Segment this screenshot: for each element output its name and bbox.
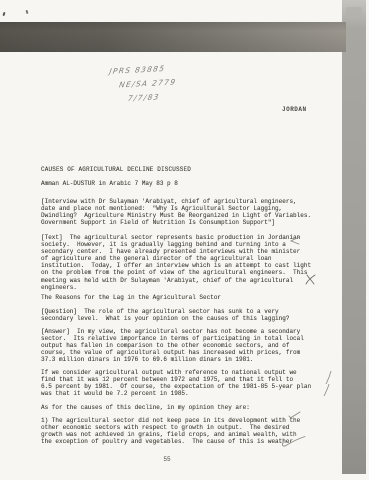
country-label: JORDAN (282, 106, 307, 113)
pencil-slash-mark-icon (323, 384, 330, 396)
pencil-caret-mark-icon (289, 236, 301, 246)
text-line: [Question] The role of the agricultural … (41, 308, 331, 315)
section-subheading: The Reasons for the Lag in the Agricultu… (41, 294, 331, 301)
paper-speck (2, 12, 5, 16)
text-line: date and place not mentioned: "Why Is Ag… (41, 205, 331, 212)
scanned-page: JPRS 83885 NE/SA 2779 7/7/83 JORDAN CAUS… (0, 0, 369, 480)
text-line: If we consider agricultural output with … (41, 369, 331, 376)
text-line: on the problem from the point of view of… (41, 269, 331, 276)
text-line: sector. Its relative importance in terms… (41, 335, 331, 342)
text-line: was that it would be 7.2 percent in 1985… (41, 390, 331, 397)
text-line: output has fallen in comparison to the o… (41, 342, 331, 349)
pencil-swoosh-check-mark-icon (281, 435, 306, 448)
paper-speck (26, 10, 28, 14)
text-paragraph: [Text] The agricultural sector represent… (41, 234, 331, 291)
corner-smudge (346, 7, 362, 16)
text-line: [Interview with Dr Sulayman 'Arabiyat, c… (41, 198, 331, 205)
text-line: 6.5 percent by 1981. Of course, the expe… (41, 383, 331, 390)
pencil-slash-mark-icon (325, 371, 332, 384)
text-line: other economic sectors with respect to g… (41, 424, 331, 431)
pencil-x-mark-icon (305, 274, 316, 285)
text-line: meeting was held with Dr Sulayman 'Arabi… (41, 277, 331, 284)
text-line: course, the value of agricultural output… (41, 349, 331, 356)
text-line: Dwindling? Agriculture Ministry Must Be … (41, 212, 331, 219)
page-number: 55 (41, 456, 293, 463)
pencil-check-mark-icon (288, 411, 301, 420)
text-line: find that it was 12 percent between 1972… (41, 376, 331, 383)
article-title: CAUSES OF AGRICULTURAL DECLINE DISCUSSED (41, 166, 331, 173)
scan-fold-band (0, 22, 346, 52)
text-line: 37.3 million dinars in 1976 to 69.6 mill… (41, 356, 331, 363)
text-line: engineers. (41, 284, 331, 291)
text-line: institution. Today, I offer an interview… (41, 262, 331, 269)
text-line: society. However, it is gradually laggin… (41, 241, 331, 248)
text-line: secondary center. I have already present… (41, 248, 331, 255)
text-line: [Text] The agricultural sector represent… (41, 234, 331, 241)
answer-paragraph: [Answer] In my view, the agricultural se… (41, 328, 331, 363)
page-edge-shadow (342, 0, 366, 474)
text-line: [Answer] In my view, the agricultural se… (41, 328, 331, 335)
source-line: Amman AL-DUSTUR in Arabic 7 May 83 p 8 (41, 180, 331, 187)
text-line: of agriculture and the general director … (41, 255, 331, 262)
handwritten-stamp: JPRS 83885 NE/SA 2779 7/7/83 (109, 59, 221, 107)
text-line: secondary level. What is your opinion on… (41, 315, 331, 322)
question-paragraph: [Question] The role of the agricultural … (41, 308, 331, 322)
output-paragraph: If we consider agricultural output with … (41, 369, 331, 397)
interview-header-paragraph: [Interview with Dr Sulayman 'Arabiyat, c… (41, 198, 331, 226)
text-line: Government Support in Field of Nutrition… (41, 219, 331, 226)
